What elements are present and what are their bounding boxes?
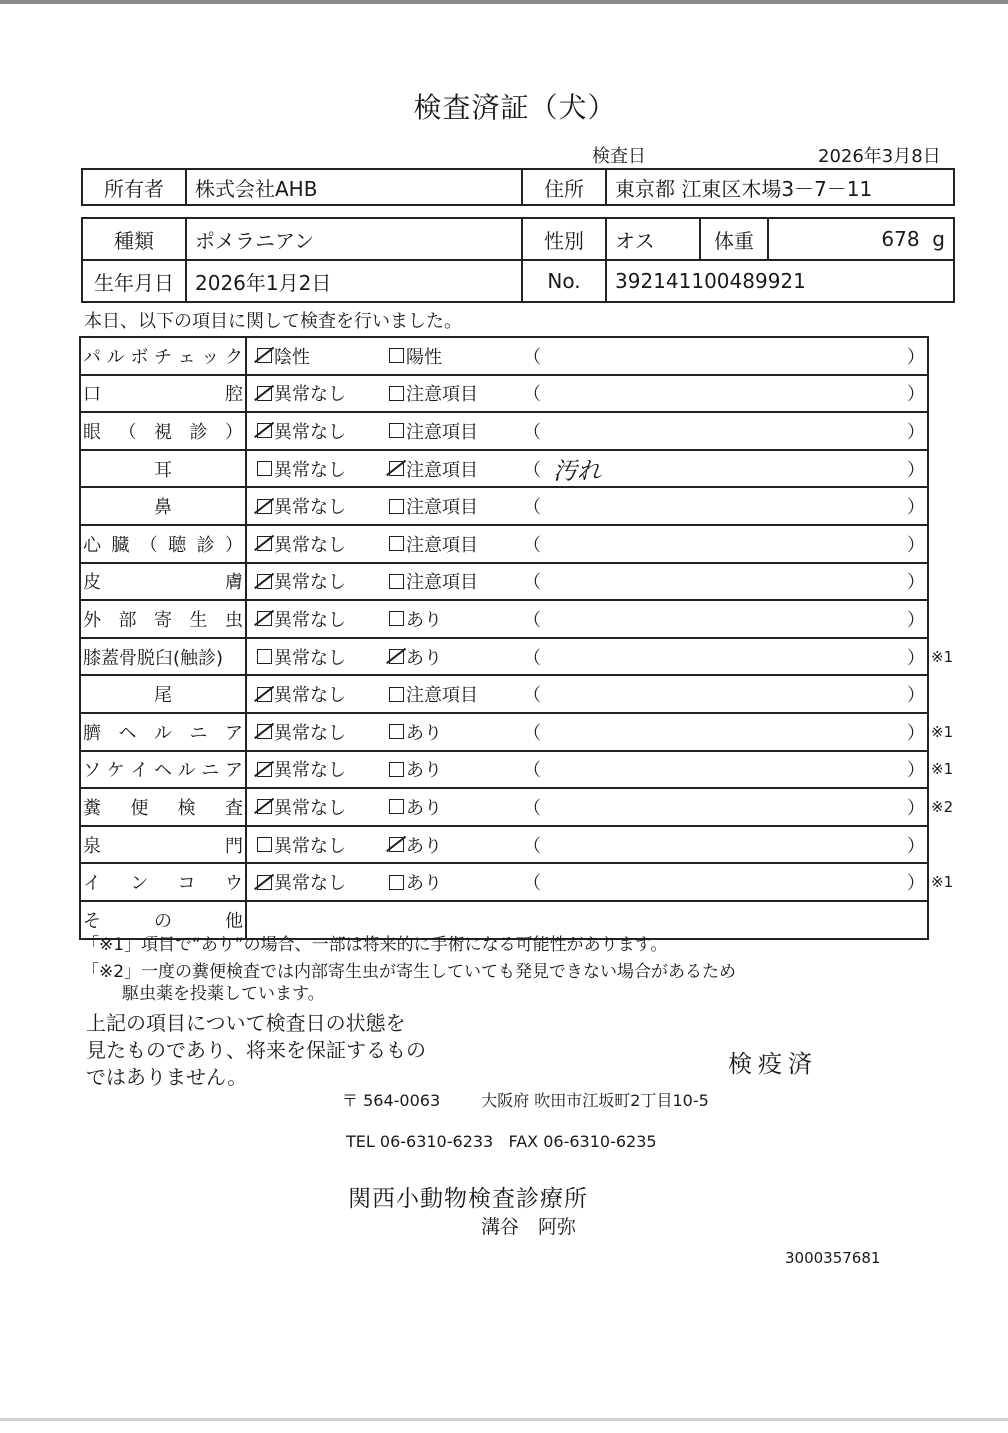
clinic-street-address: 大阪府 吹田市江坂町2丁目10-5: [481, 1091, 709, 1110]
owner-label: 所有者: [82, 169, 186, 205]
doctor-name: 溝谷 阿弥: [481, 1212, 576, 1239]
checkbox[interactable]: [389, 762, 404, 777]
breed-label: 種類: [82, 218, 186, 260]
breed-value: ポメラニアン: [186, 218, 522, 260]
option-1[interactable]: 異常なし: [257, 644, 346, 670]
option-label: 異常なし: [274, 869, 346, 895]
option-1[interactable]: 異常なし: [257, 794, 346, 820]
option-label: 異常なし: [274, 756, 346, 782]
check-row: 眼（視診）異常なし注意項目（）: [81, 413, 927, 451]
checkbox[interactable]: [257, 499, 272, 514]
clinic-contact: TEL 06-6310-6233 FAX 06-6310-6235: [346, 1132, 657, 1151]
note-close-paren: ）: [907, 869, 925, 895]
note-open-paren: （: [523, 456, 541, 482]
name-char: 臓: [111, 531, 129, 557]
quarantine-stamp: 検疫済: [728, 1044, 818, 1079]
note-open-paren: （: [523, 418, 541, 444]
option-label: 注意項目: [406, 418, 478, 444]
weight-number: 678: [881, 227, 919, 251]
check-row: 尾異常なし注意項目（）: [81, 676, 927, 714]
name-char: 門: [225, 832, 243, 858]
option-label: あり: [406, 794, 442, 820]
checkbox[interactable]: [257, 611, 272, 626]
name-char: 査: [225, 794, 243, 820]
checkbox[interactable]: [389, 536, 404, 551]
note-open-paren: （: [523, 756, 541, 782]
option-label: 異常なし: [274, 832, 346, 858]
name-char: 診: [190, 418, 208, 444]
check-row: 外部寄生虫異常なしあり（）: [81, 601, 927, 639]
name-char: 部: [119, 606, 137, 632]
option-label: 注意項目: [406, 531, 478, 557]
name-char: 糞: [83, 794, 101, 820]
check-item-name: 耳: [81, 451, 247, 487]
name-char: そ: [83, 907, 101, 933]
address-label: 住所: [522, 169, 606, 205]
footnote-1: 「※1」項目で“あり”の場合、一部は将来的に手術になる可能性があります。: [82, 930, 667, 955]
check-item-name: 外部寄生虫: [81, 601, 247, 637]
check-row: 心臓（聴診）異常なし注意項目（）: [81, 526, 927, 564]
option-1[interactable]: 異常なし: [257, 606, 346, 632]
name-char: 外: [83, 606, 101, 632]
name-char: ン: [130, 869, 148, 895]
address-value: 東京都 江東区木場3－7－11: [606, 169, 954, 205]
option-2[interactable]: 注意項目: [389, 418, 478, 444]
clinic-address: 〒 564-0063 大阪府 吹田市江坂町2丁目10-5: [342, 1088, 709, 1111]
name-char: ソ: [83, 756, 101, 782]
weight-label: 体重: [700, 218, 768, 260]
name-char: （: [119, 418, 137, 444]
no-label: No.: [522, 260, 606, 302]
check-row: 糞便検査異常なしあり（）※2: [81, 789, 927, 827]
check-row: 膝蓋骨脱臼(触診)異常なしあり（）※1: [81, 639, 927, 677]
name-char: 視: [154, 418, 172, 444]
checkbox[interactable]: [389, 348, 404, 363]
option-2[interactable]: あり: [389, 832, 442, 858]
checkbox[interactable]: [389, 611, 404, 626]
check-item-name: 眼（視診）: [81, 413, 247, 449]
name-char: ）: [225, 531, 243, 557]
checkbox[interactable]: [257, 762, 272, 777]
name-char: 眼: [83, 418, 101, 444]
checkbox[interactable]: [389, 875, 404, 890]
checkbox[interactable]: [389, 837, 404, 852]
note-close-paren: ）: [907, 531, 925, 557]
check-item-name: ソケイヘルニア: [81, 752, 247, 788]
intro-text: 本日、以下の項目に関して検査を行いました。: [84, 307, 462, 333]
check-item-name: パルボチェック: [81, 338, 247, 374]
disclaimer-line: 上記の項目について検査日の状態を: [86, 1010, 426, 1037]
option-label: 注意項目: [406, 568, 478, 594]
check-item-name: 尾: [81, 676, 247, 712]
name-char: 臍: [83, 719, 101, 745]
option-label: 異常なし: [274, 418, 346, 444]
option-label: あり: [406, 832, 442, 858]
checkbox[interactable]: [389, 687, 404, 702]
name-char: 心: [83, 531, 101, 557]
name-char: ル: [107, 343, 125, 369]
option-label: 異常なし: [274, 719, 346, 745]
check-item-name: 心臓（聴診）: [81, 526, 247, 562]
name-char: ）: [225, 418, 243, 444]
serial-number: 3000357681: [785, 1249, 880, 1267]
check-row: 皮膚異常なし注意項目（）: [81, 564, 927, 602]
note-close-paren: ）: [907, 456, 925, 482]
name-char: 便: [130, 794, 148, 820]
check-item-name: 糞便検査: [81, 789, 247, 825]
check-row: 口腔異常なし注意項目（）: [81, 376, 927, 414]
note-close-paren: ）: [907, 681, 925, 707]
check-row: ソケイヘルニア異常なしあり（）※1: [81, 752, 927, 790]
name-char: （: [140, 531, 158, 557]
name-char: イ: [130, 756, 148, 782]
inspection-date-label: 検査日: [592, 142, 646, 168]
name-char: 虫: [225, 606, 243, 632]
name-char: ル: [154, 719, 172, 745]
option-label: 異常なし: [274, 794, 346, 820]
note-close-paren: ）: [907, 756, 925, 782]
option-label: 異常なし: [274, 380, 346, 406]
option-1[interactable]: 異常なし: [257, 568, 346, 594]
scan-top-edge: [0, 0, 1008, 4]
no-value: 392141100489921: [606, 260, 954, 302]
option-label: あり: [406, 606, 442, 632]
option-2[interactable]: 陽性: [389, 343, 442, 369]
footnote-2-cont: 駆虫薬を投薬しています。: [122, 979, 325, 1004]
check-item-name: 鼻: [81, 488, 247, 524]
checkbox[interactable]: [257, 799, 272, 814]
clinic-name: 関西小動物検査診療所: [348, 1180, 588, 1213]
animal-table: 種類 ポメラニアン 性別 オス 体重 678 g 生年月日 2026年1月2日 …: [81, 217, 955, 303]
reference-mark: ※1: [931, 873, 953, 891]
clinic-fax: FAX 06-6310-6235: [509, 1132, 657, 1151]
note-close-paren: ）: [907, 832, 925, 858]
checkbox[interactable]: [389, 799, 404, 814]
note-close-paren: ）: [907, 606, 925, 632]
checkbox[interactable]: [257, 649, 272, 664]
checkbox[interactable]: [389, 649, 404, 664]
check-row: インコウ異常なしあり（）※1: [81, 864, 927, 902]
name-char: チ: [154, 343, 172, 369]
option-label: 異常なし: [274, 681, 346, 707]
check-item-name: 泉門: [81, 827, 247, 863]
checkbox[interactable]: [389, 423, 404, 438]
checkbox[interactable]: [257, 423, 272, 438]
note-close-paren: ）: [907, 794, 925, 820]
name-char: 膚: [225, 568, 243, 594]
note-open-paren: （: [523, 493, 541, 519]
option-1[interactable]: 異常なし: [257, 756, 346, 782]
checkbox[interactable]: [257, 348, 272, 363]
name-char: 生: [190, 606, 208, 632]
option-1[interactable]: 陰性: [257, 343, 310, 369]
checkbox[interactable]: [389, 724, 404, 739]
option-1[interactable]: 異常なし: [257, 531, 346, 557]
option-1[interactable]: 異常なし: [257, 869, 346, 895]
disclaimer: 上記の項目について検査日の状態を 見たものであり、将来を保証するもの ではありま…: [86, 1010, 426, 1091]
name-char: 診: [197, 531, 215, 557]
option-2[interactable]: あり: [389, 869, 442, 895]
option-label: 異常なし: [274, 644, 346, 670]
note-value[interactable]: 汚れ: [553, 451, 601, 486]
option-2[interactable]: あり: [389, 794, 442, 820]
check-item-name: 膝蓋骨脱臼(触診): [81, 639, 247, 675]
option-label: 異常なし: [274, 568, 346, 594]
option-2[interactable]: あり: [389, 606, 442, 632]
owner-value: 株式会社AHB: [186, 169, 522, 205]
checkbox[interactable]: [389, 574, 404, 589]
name-char: ヘ: [119, 719, 137, 745]
option-label: あり: [406, 869, 442, 895]
option-label: 注意項目: [406, 493, 478, 519]
option-2[interactable]: 注意項目: [389, 568, 478, 594]
sex-label: 性別: [522, 218, 606, 260]
check-item-name: 臍ヘルニア: [81, 714, 247, 750]
check-item-name: インコウ: [81, 864, 247, 900]
option-1[interactable]: 異常なし: [257, 456, 346, 482]
note-close-paren: ）: [907, 719, 925, 745]
name-char: ヘ: [154, 756, 172, 782]
option-label: あり: [406, 644, 442, 670]
name-char: ア: [225, 756, 243, 782]
option-label: 異常なし: [274, 531, 346, 557]
weight-value: 678 g: [768, 218, 954, 260]
name-char: ェ: [178, 343, 196, 369]
reference-mark: ※1: [931, 760, 953, 778]
birth-value: 2026年1月2日: [186, 260, 522, 302]
name-char: 腔: [225, 380, 243, 406]
note-close-paren: ）: [907, 380, 925, 406]
name-char: 他: [225, 907, 243, 933]
note-close-paren: ）: [907, 568, 925, 594]
note-close-paren: ）: [907, 493, 925, 519]
note-close-paren: ）: [907, 343, 925, 369]
check-row: 泉門異常なしあり（）: [81, 827, 927, 865]
name-char: 寄: [154, 606, 172, 632]
note-open-paren: （: [523, 794, 541, 820]
check-table: パルボチェック陰性陽性（）口腔異常なし注意項目（）眼（視診）異常なし注意項目（）…: [79, 336, 929, 940]
note-open-paren: （: [523, 606, 541, 632]
name-char: 口: [83, 380, 101, 406]
name-char: 検: [178, 794, 196, 820]
option-2[interactable]: 注意項目: [389, 531, 478, 557]
disclaimer-line: ではありません。: [86, 1064, 426, 1091]
check-row: パルボチェック陰性陽性（）: [81, 338, 927, 376]
option-1[interactable]: 異常なし: [257, 493, 346, 519]
name-char: ニ: [201, 756, 219, 782]
checkbox[interactable]: [257, 386, 272, 401]
name-char: 聴: [168, 531, 186, 557]
birth-label: 生年月日: [82, 260, 186, 302]
checkbox[interactable]: [389, 461, 404, 476]
option-label: 異常なし: [274, 493, 346, 519]
option-label: 注意項目: [406, 456, 478, 482]
check-item-name: 口腔: [81, 376, 247, 412]
option-label: 陰性: [274, 343, 310, 369]
note-open-paren: （: [523, 832, 541, 858]
inspection-date: 2026年3月8日: [818, 142, 941, 168]
scan-bottom-edge: [0, 1418, 1008, 1421]
name-char: 皮: [83, 568, 101, 594]
reference-mark: ※1: [931, 723, 953, 741]
name-char: 泉: [83, 832, 101, 858]
checkbox[interactable]: [257, 536, 272, 551]
option-1[interactable]: 異常なし: [257, 380, 346, 406]
name-char: ウ: [225, 869, 243, 895]
sex-value: オス: [606, 218, 700, 260]
checkbox[interactable]: [257, 875, 272, 890]
clinic-tel: TEL 06-6310-6233: [346, 1132, 493, 1151]
note-open-paren: （: [523, 380, 541, 406]
check-item-name: 皮膚: [81, 564, 247, 600]
checkbox[interactable]: [257, 461, 272, 476]
check-row: 臍ヘルニア異常なしあり（）※1: [81, 714, 927, 752]
name-char: ケ: [107, 756, 125, 782]
name-char: コ: [178, 869, 196, 895]
option-label: 異常なし: [274, 456, 346, 482]
option-2[interactable]: 注意項目: [389, 493, 478, 519]
note-open-paren: （: [523, 343, 541, 369]
reference-mark: ※1: [931, 648, 953, 666]
option-2[interactable]: 注意項目: [389, 380, 478, 406]
option-label: あり: [406, 719, 442, 745]
name-char: ニ: [190, 719, 208, 745]
option-2[interactable]: あり: [389, 756, 442, 782]
note-open-paren: （: [523, 568, 541, 594]
note-open-paren: （: [523, 644, 541, 670]
note-open-paren: （: [523, 681, 541, 707]
name-char: ア: [225, 719, 243, 745]
option-1[interactable]: 異常なし: [257, 681, 346, 707]
note-close-paren: ）: [907, 644, 925, 670]
name-char: ク: [225, 343, 243, 369]
option-2[interactable]: 注意項目: [389, 456, 478, 482]
option-label: 陽性: [406, 343, 442, 369]
name-char: の: [154, 907, 172, 933]
disclaimer-line: 見たものであり、将来を保証するもの: [86, 1037, 426, 1064]
option-2[interactable]: あり: [389, 644, 442, 670]
name-char: ル: [178, 756, 196, 782]
note-close-paren: ）: [907, 418, 925, 444]
checkbox[interactable]: [257, 837, 272, 852]
option-1[interactable]: 異常なし: [257, 719, 346, 745]
option-label: 注意項目: [406, 681, 478, 707]
name-char: パ: [83, 343, 101, 369]
option-1[interactable]: 異常なし: [257, 418, 346, 444]
reference-mark: ※2: [931, 798, 953, 816]
note-open-paren: （: [523, 531, 541, 557]
name-char: イ: [83, 869, 101, 895]
document-title: 検査済証（犬）: [0, 86, 1008, 126]
check-row: 耳異常なし注意項目（汚れ）: [81, 451, 927, 489]
option-2[interactable]: あり: [389, 719, 442, 745]
owner-table: 所有者 株式会社AHB 住所 東京都 江東区木場3－7－11: [81, 168, 955, 206]
checkbox[interactable]: [257, 574, 272, 589]
checkbox[interactable]: [389, 499, 404, 514]
checkbox[interactable]: [257, 724, 272, 739]
weight-unit: g: [932, 227, 945, 251]
option-1[interactable]: 異常なし: [257, 832, 346, 858]
name-char: ボ: [130, 343, 148, 369]
checkbox[interactable]: [257, 687, 272, 702]
option-label: 異常なし: [274, 606, 346, 632]
option-label: 注意項目: [406, 380, 478, 406]
option-2[interactable]: 注意項目: [389, 681, 478, 707]
postal-code: 〒 564-0063: [342, 1091, 440, 1110]
option-label: あり: [406, 756, 442, 782]
note-open-paren: （: [523, 869, 541, 895]
name-char: ッ: [201, 343, 219, 369]
check-row: 鼻異常なし注意項目（）: [81, 488, 927, 526]
note-open-paren: （: [523, 719, 541, 745]
checkbox[interactable]: [389, 386, 404, 401]
